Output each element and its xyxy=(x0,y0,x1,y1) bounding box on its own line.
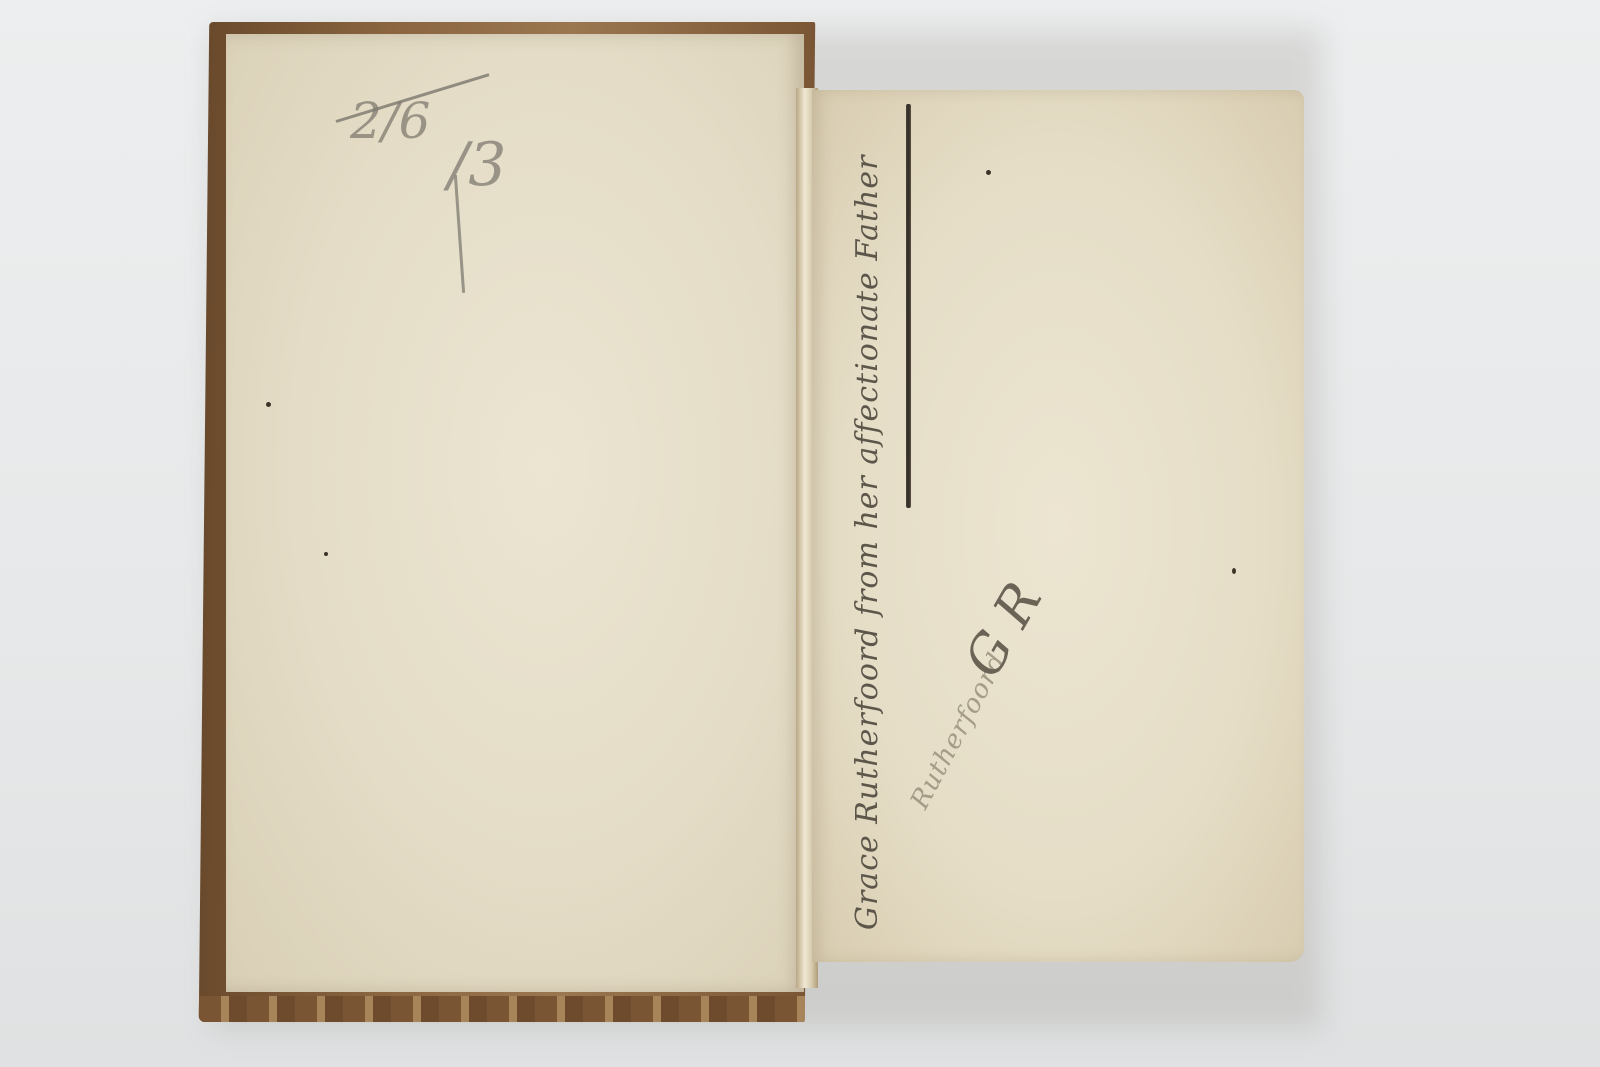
front-pastedown xyxy=(226,34,804,992)
paper-speck xyxy=(1232,568,1236,574)
ink-rule-line xyxy=(906,104,911,508)
paper-speck xyxy=(266,402,271,407)
paper-speck xyxy=(986,170,991,175)
crossed-out-price: 2/6 xyxy=(350,92,430,150)
flyleaf xyxy=(812,90,1304,962)
paper-speck xyxy=(324,552,328,556)
inscription-text: Grace Rutherfoord from her affectionate … xyxy=(850,155,885,930)
